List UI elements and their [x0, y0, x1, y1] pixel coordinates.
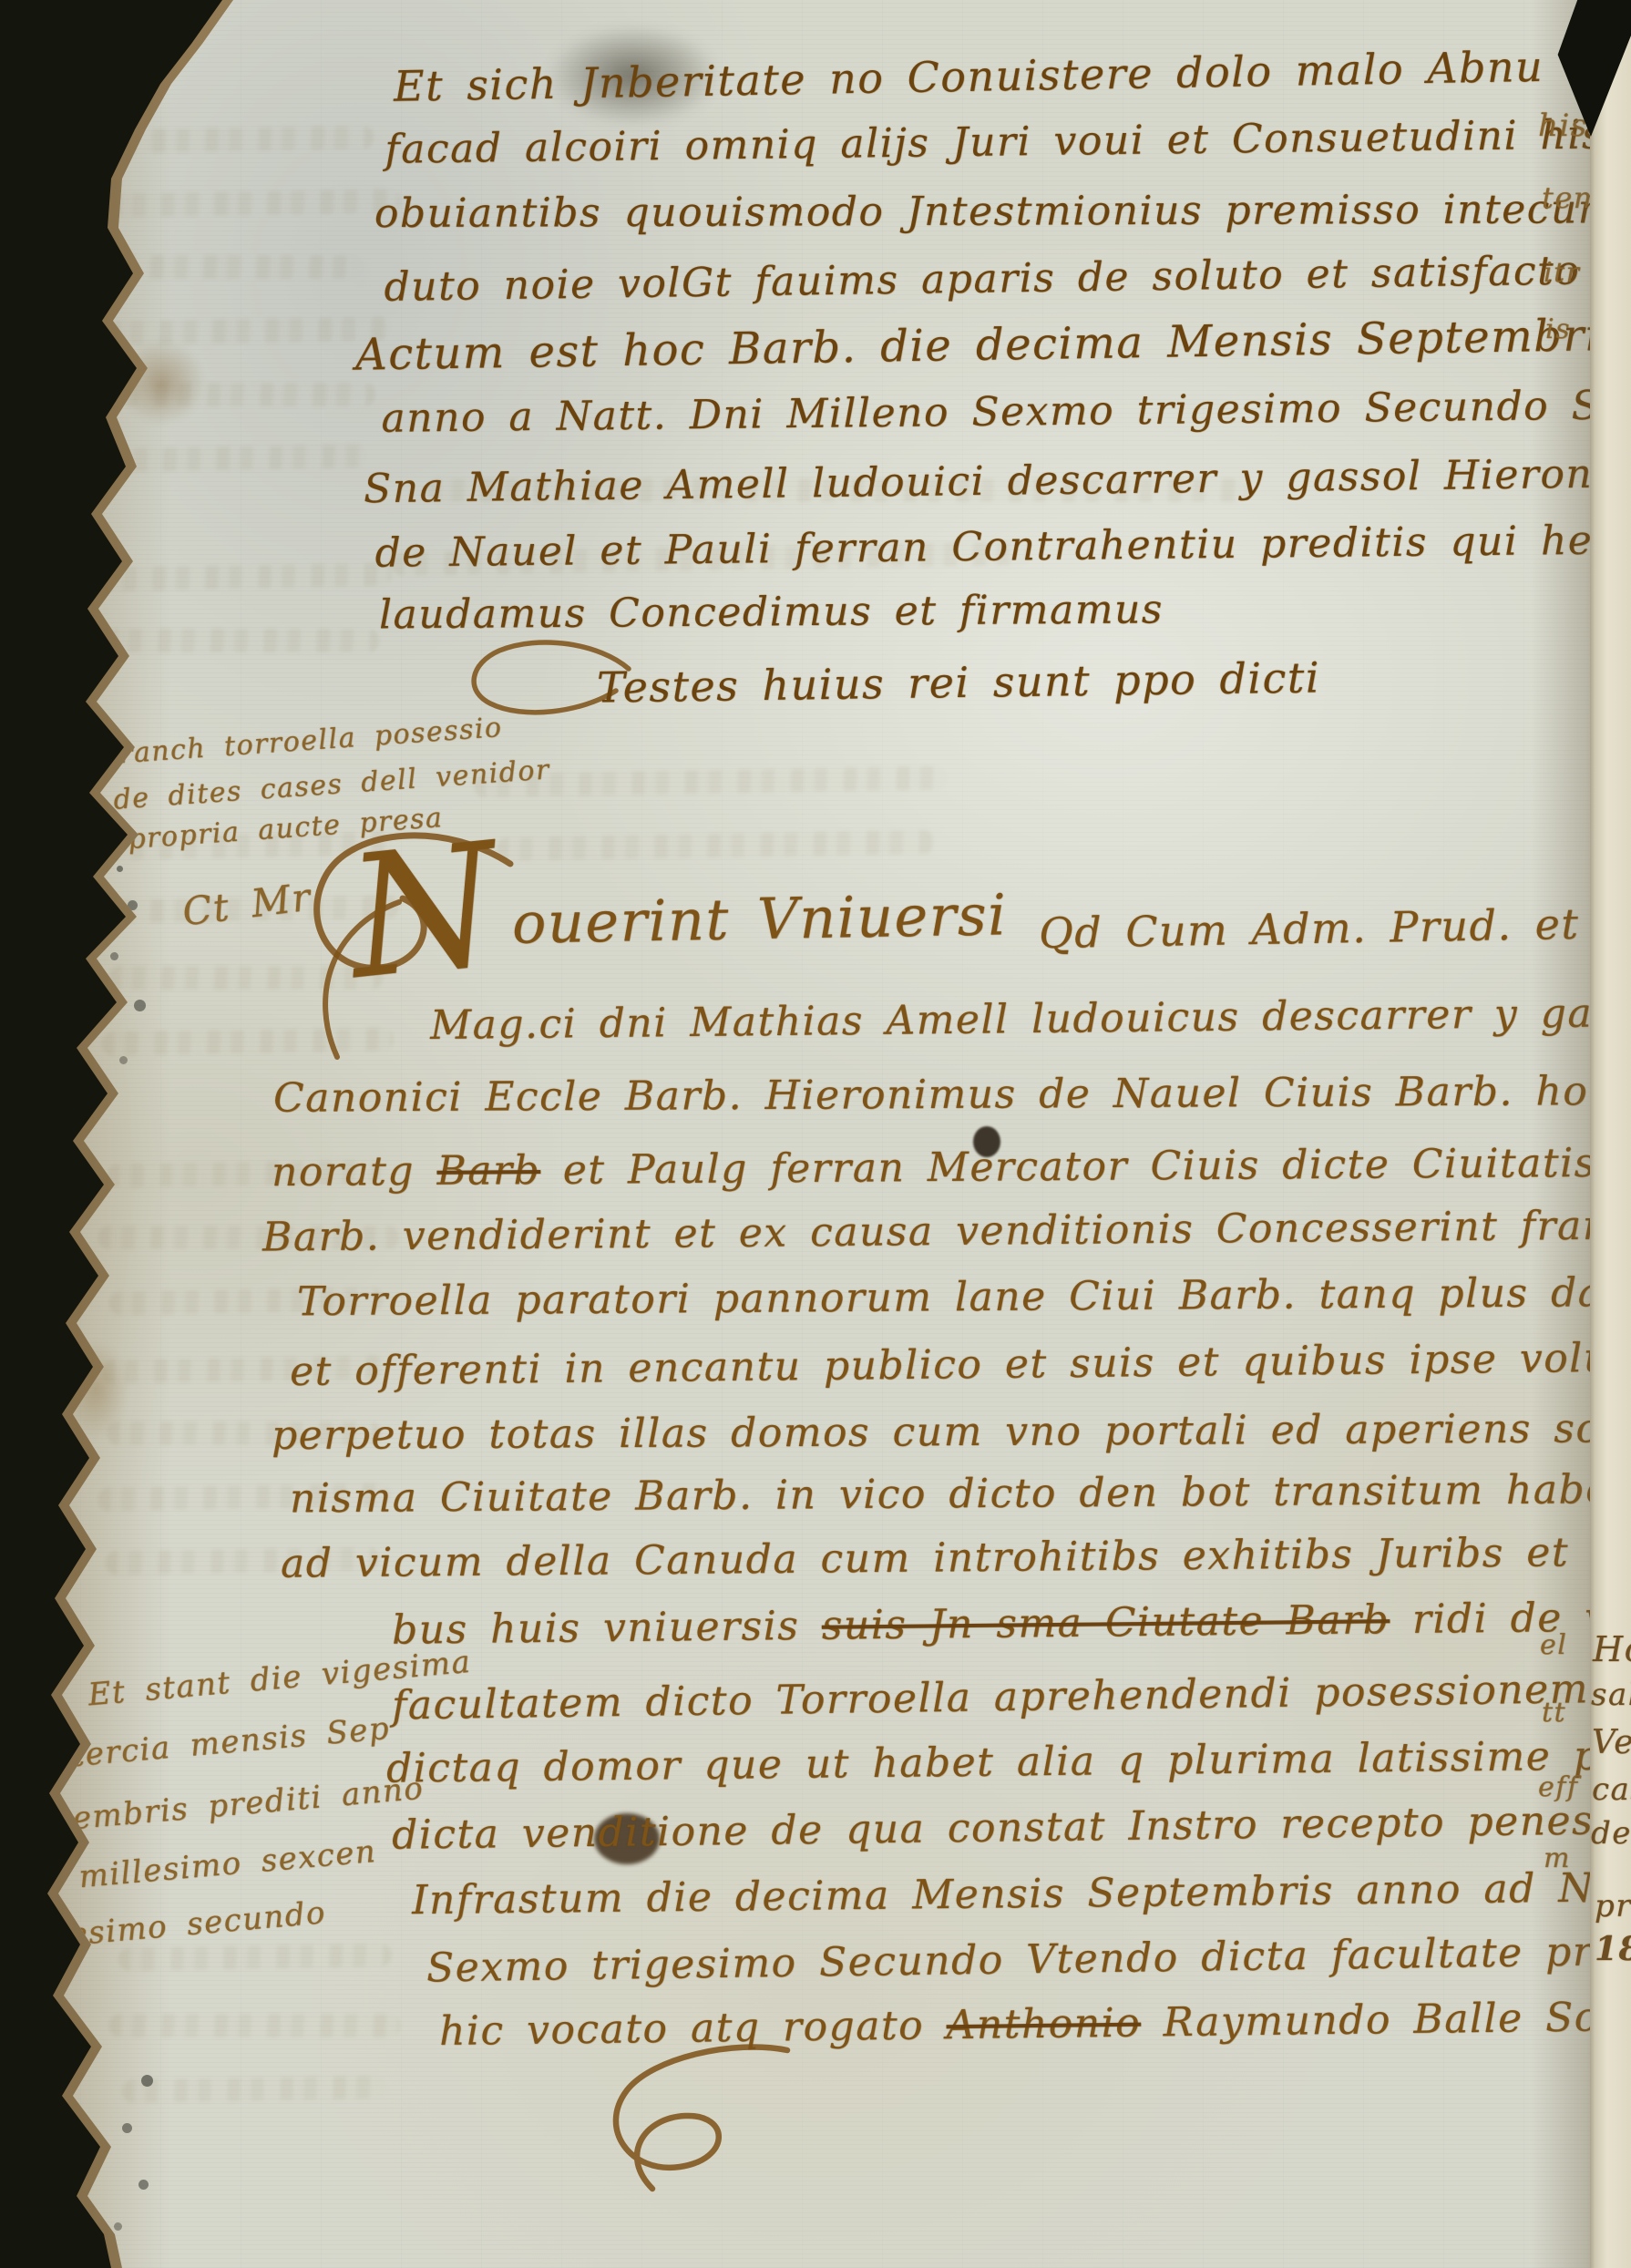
manuscript-photo: Ho sab Ven cas der pr 18 Et sich Jnberit… [0, 0, 1631, 2268]
next-folio-fragment: sab [1591, 1677, 1631, 1713]
next-folio-fragment: Ven [1592, 1724, 1631, 1761]
margin-note-lower: Et stant die vigesima tercia mensis Sep … [0, 0, 1631, 2268]
next-folio-fragment: 18 [1595, 1930, 1631, 1968]
next-folio-fragment: der [1591, 1815, 1631, 1852]
margin-note-line: tembris prediti anno [57, 1770, 426, 1839]
manuscript-page: Et sich Jnberitate no Conuistere dolo ma… [0, 0, 1631, 2268]
next-folio-fragment: Ho [1593, 1629, 1631, 1669]
margin-note-line: Et stant die vigesima [87, 1644, 473, 1714]
next-folio-fragment: cas [1592, 1771, 1631, 1808]
margin-note-line: tercia mensis Sep [70, 1710, 392, 1774]
next-folio-edge: Ho sab Ven cas der pr 18 [1587, 0, 1631, 2268]
next-folio-fragment: pr [1595, 1888, 1631, 1924]
margin-note-line: tesimo secundo [54, 1894, 328, 1955]
margin-note-line: millesimo sexcen [77, 1833, 378, 1895]
